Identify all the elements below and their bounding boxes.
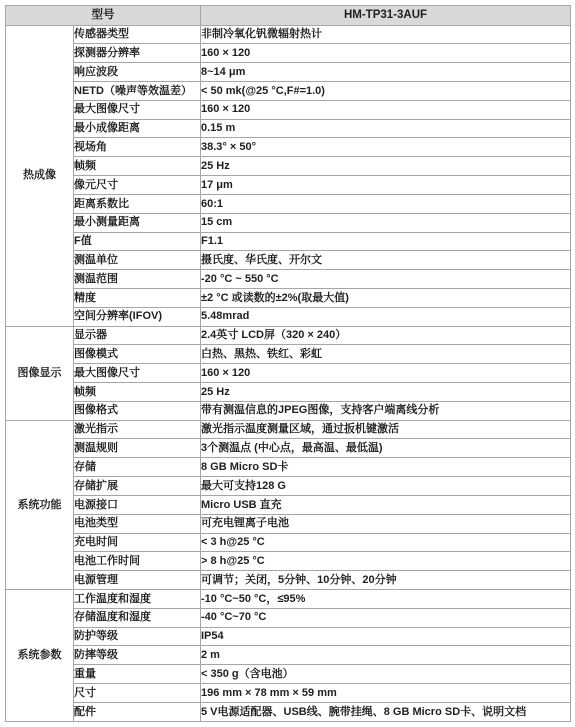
table-row: 测温规则3个测温点 (中心点，最高温、最低温): [6, 439, 571, 458]
spec-value-cell: 带有测温信息的JPEG图像，支持客户端离线分析: [201, 401, 571, 420]
section-category-cell: 系统参数: [6, 589, 74, 721]
spec-value-cell: 激光指示温度测量区域，通过扳机键激活: [201, 420, 571, 439]
spec-value-cell: 160 × 120: [201, 44, 571, 63]
spec-param-cell: 测温单位: [74, 251, 201, 270]
spec-value-cell: IP54: [201, 627, 571, 646]
spec-param-cell: 存储温度和湿度: [74, 608, 201, 627]
spec-value-cell: 196 mm × 78 mm × 59 mm: [201, 684, 571, 703]
table-row: 防护等级IP54: [6, 627, 571, 646]
table-row: 测温单位摄氏度、华氏度、开尔文: [6, 251, 571, 270]
spec-param-cell: 尺寸: [74, 684, 201, 703]
spec-value-cell: 160 × 120: [201, 364, 571, 383]
spec-value-cell: < 50 mk(@25 °C,F#=1.0): [201, 82, 571, 101]
spec-param-cell: 探测器分辨率: [74, 44, 201, 63]
spec-value-cell: F1.1: [201, 232, 571, 251]
table-row: 帧频25 Hz: [6, 383, 571, 402]
table-row: 距离系数比60:1: [6, 194, 571, 213]
table-row: 充电时间< 3 h@25 °C: [6, 533, 571, 552]
spec-value-cell: 可调节；关闭，5分钟、10分钟、20分钟: [201, 571, 571, 590]
section-category-cell: 图像显示: [6, 326, 74, 420]
spec-table-body: 型号 HM-TP31-3AUF 热成像传感器类型非制冷氧化钒微辐射热计探测器分辨…: [6, 6, 571, 722]
table-row: 存储扩展最大可支持128 G: [6, 477, 571, 496]
table-row: 系统参数工作温度和湿度-10 °C~50 °C，≤95%: [6, 589, 571, 608]
table-row: NETD（噪声等效温差）< 50 mk(@25 °C,F#=1.0): [6, 82, 571, 101]
table-row: 热成像传感器类型非制冷氧化钒微辐射热计: [6, 25, 571, 44]
table-row: 响应波段8~14 μm: [6, 63, 571, 82]
spec-value-cell: 25 Hz: [201, 383, 571, 402]
spec-value-cell: 3个测温点 (中心点，最高温、最低温): [201, 439, 571, 458]
spec-param-cell: 像元尺寸: [74, 176, 201, 195]
spec-param-cell: 重量: [74, 665, 201, 684]
spec-param-cell: NETD（噪声等效温差）: [74, 82, 201, 101]
spec-value-cell: -20 °C ~ 550 °C: [201, 270, 571, 289]
table-row: 最小成像距离0.15 m: [6, 119, 571, 138]
spec-param-cell: 电池工作时间: [74, 552, 201, 571]
table-row: 电源管理可调节；关闭，5分钟、10分钟、20分钟: [6, 571, 571, 590]
spec-param-cell: 配件: [74, 702, 201, 721]
spec-value-cell: > 8 h@25 °C: [201, 552, 571, 571]
spec-value-cell: 最大可支持128 G: [201, 477, 571, 496]
spec-value-cell: 8~14 μm: [201, 63, 571, 82]
spec-param-cell: 防摔等级: [74, 646, 201, 665]
table-row: 精度±2 °C 或读数的±2%(取最大值): [6, 288, 571, 307]
spec-param-cell: 图像模式: [74, 345, 201, 364]
table-row: 电源接口Micro USB 直充: [6, 495, 571, 514]
spec-value-cell: 白热、黑热、铁红、彩虹: [201, 345, 571, 364]
spec-param-cell: 图像格式: [74, 401, 201, 420]
table-row: 最小测量距离15 cm: [6, 213, 571, 232]
table-row: 防摔等级2 m: [6, 646, 571, 665]
spec-value-cell: 非制冷氧化钒微辐射热计: [201, 25, 571, 44]
spec-value-cell: Micro USB 直充: [201, 495, 571, 514]
spec-param-cell: 电源接口: [74, 495, 201, 514]
spec-param-cell: 响应波段: [74, 63, 201, 82]
spec-param-cell: 防护等级: [74, 627, 201, 646]
spec-value-cell: 摄氏度、华氏度、开尔文: [201, 251, 571, 270]
spec-param-cell: 最大图像尺寸: [74, 100, 201, 119]
table-row: 图像格式带有测温信息的JPEG图像，支持客户端离线分析: [6, 401, 571, 420]
spec-param-cell: 帧频: [74, 383, 201, 402]
spec-value-cell: 160 × 120: [201, 100, 571, 119]
table-row: 探测器分辨率160 × 120: [6, 44, 571, 63]
spec-param-cell: 传感器类型: [74, 25, 201, 44]
spec-param-cell: 最小测量距离: [74, 213, 201, 232]
table-row: 系统功能激光指示激光指示温度测量区域，通过扳机键激活: [6, 420, 571, 439]
spec-sheet-page: 型号 HM-TP31-3AUF 热成像传感器类型非制冷氧化钒微辐射热计探测器分辨…: [0, 0, 575, 727]
spec-param-cell: 电源管理: [74, 571, 201, 590]
table-row: 存储温度和湿度-40 °C~70 °C: [6, 608, 571, 627]
table-row: 图像显示显示器2.4英寸 LCD屏（320 × 240）: [6, 326, 571, 345]
spec-value-cell: < 350 g（含电池）: [201, 665, 571, 684]
section-category-cell: 热成像: [6, 25, 74, 326]
spec-param-cell: 精度: [74, 288, 201, 307]
table-row: 测温范围-20 °C ~ 550 °C: [6, 270, 571, 289]
spec-value-cell: -10 °C~50 °C，≤95%: [201, 589, 571, 608]
model-header-value: HM-TP31-3AUF: [201, 6, 571, 26]
spec-value-cell: -40 °C~70 °C: [201, 608, 571, 627]
spec-value-cell: 38.3° × 50°: [201, 138, 571, 157]
table-row: 尺寸196 mm × 78 mm × 59 mm: [6, 684, 571, 703]
spec-param-cell: 电池类型: [74, 514, 201, 533]
spec-value-cell: 可充电锂离子电池: [201, 514, 571, 533]
spec-param-cell: 显示器: [74, 326, 201, 345]
spec-param-cell: 测温规则: [74, 439, 201, 458]
spec-value-cell: 8 GB Micro SD卡: [201, 458, 571, 477]
spec-value-cell: 5.48mrad: [201, 307, 571, 326]
spec-param-cell: 充电时间: [74, 533, 201, 552]
spec-param-cell: 最大图像尺寸: [74, 364, 201, 383]
table-row: 帧频25 Hz: [6, 157, 571, 176]
table-row: 最大图像尺寸160 × 120: [6, 364, 571, 383]
table-row: 配件5 V电源适配器、USB线、腕带挂绳、8 GB Micro SD卡、说明文档: [6, 702, 571, 721]
spec-param-cell: 视场角: [74, 138, 201, 157]
spec-value-cell: ±2 °C 或读数的±2%(取最大值): [201, 288, 571, 307]
spec-param-cell: 测温范围: [74, 270, 201, 289]
spec-param-cell: 工作温度和湿度: [74, 589, 201, 608]
table-row: 重量< 350 g（含电池）: [6, 665, 571, 684]
model-header-label: 型号: [6, 6, 201, 26]
spec-value-cell: 60:1: [201, 194, 571, 213]
table-header-row: 型号 HM-TP31-3AUF: [6, 6, 571, 26]
table-row: 图像模式白热、黑热、铁红、彩虹: [6, 345, 571, 364]
spec-param-cell: 存储扩展: [74, 477, 201, 496]
table-row: 像元尺寸17 μm: [6, 176, 571, 195]
table-row: 空间分辨率(IFOV)5.48mrad: [6, 307, 571, 326]
table-row: F值F1.1: [6, 232, 571, 251]
spec-value-cell: 0.15 m: [201, 119, 571, 138]
spec-value-cell: 15 cm: [201, 213, 571, 232]
spec-param-cell: 最小成像距离: [74, 119, 201, 138]
table-row: 存储8 GB Micro SD卡: [6, 458, 571, 477]
table-row: 电池类型可充电锂离子电池: [6, 514, 571, 533]
spec-value-cell: < 3 h@25 °C: [201, 533, 571, 552]
section-category-cell: 系统功能: [6, 420, 74, 589]
spec-param-cell: F值: [74, 232, 201, 251]
spec-param-cell: 距离系数比: [74, 194, 201, 213]
spec-param-cell: 空间分辨率(IFOV): [74, 307, 201, 326]
spec-param-cell: 存储: [74, 458, 201, 477]
table-row: 电池工作时间> 8 h@25 °C: [6, 552, 571, 571]
spec-param-cell: 激光指示: [74, 420, 201, 439]
spec-value-cell: 2 m: [201, 646, 571, 665]
spec-table: 型号 HM-TP31-3AUF 热成像传感器类型非制冷氧化钒微辐射热计探测器分辨…: [5, 5, 571, 722]
spec-value-cell: 17 μm: [201, 176, 571, 195]
table-row: 视场角38.3° × 50°: [6, 138, 571, 157]
table-row: 最大图像尺寸160 × 120: [6, 100, 571, 119]
spec-value-cell: 5 V电源适配器、USB线、腕带挂绳、8 GB Micro SD卡、说明文档: [201, 702, 571, 721]
spec-param-cell: 帧频: [74, 157, 201, 176]
spec-value-cell: 2.4英寸 LCD屏（320 × 240）: [201, 326, 571, 345]
spec-value-cell: 25 Hz: [201, 157, 571, 176]
